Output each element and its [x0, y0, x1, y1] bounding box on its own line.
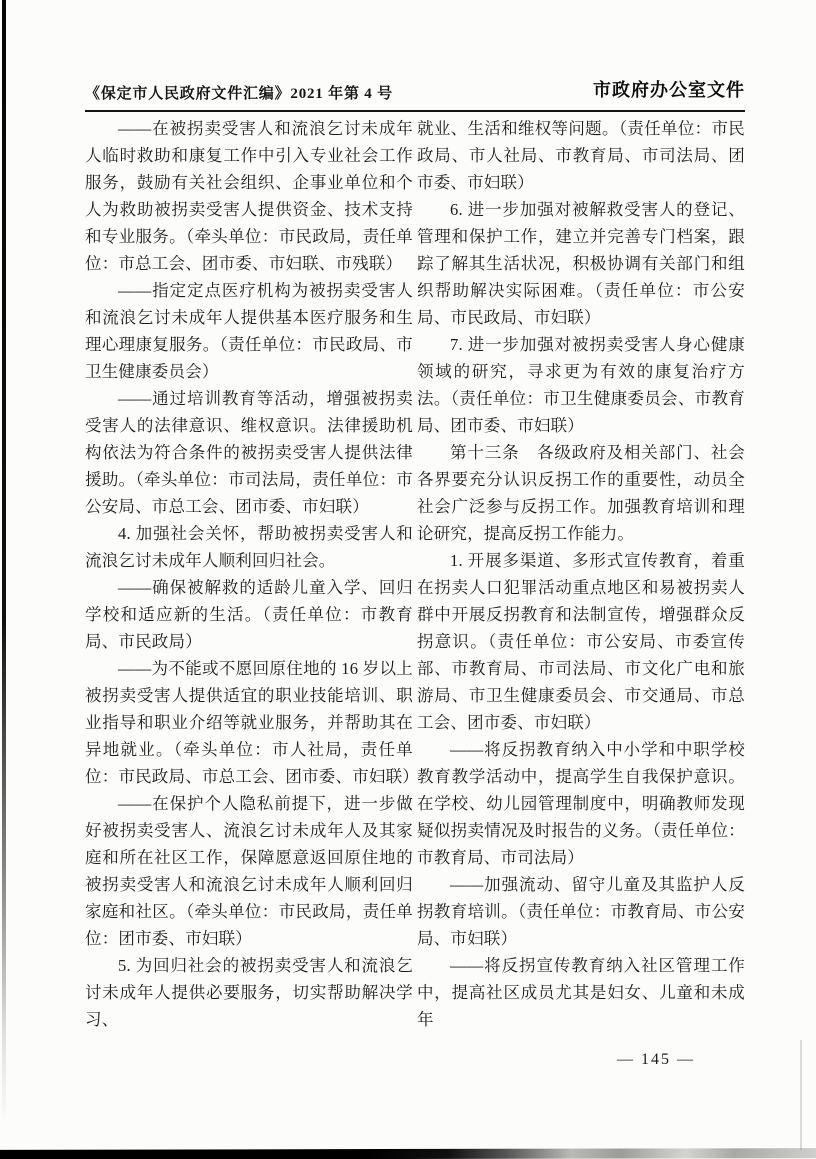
paragraph: ——在保护个人隐私前提下，进一步做好被拐卖受害人、流浪乞讨未成年人及其家庭和所在… [85, 790, 413, 952]
scan-edge-left-artifact [2, 0, 6, 1125]
paragraph: 4. 加强社会关怀，帮助被拐卖受害人和流浪乞讨未成年人顺利回归社会。 [85, 520, 413, 574]
paragraph: ——确保被解救的适龄儿童入学、回归学校和适应新的生活。（责任单位：市教育局、市民… [85, 574, 413, 655]
paragraph: 5. 为回归社会的被拐卖受害人和流浪乞讨未成年人提供必要服务，切实帮助解决学习、 [85, 952, 413, 1033]
paragraph: ——在被拐卖受害人和流浪乞讨未成年人临时救助和康复工作中引入专业社会工作服务，鼓… [85, 115, 413, 277]
scan-edge-bottom-artifact [0, 1148, 816, 1159]
paragraph: ——将反拐宣传教育纳入社区管理工作中，提高社区成员尤其是妇女、儿童和未成年 [417, 952, 745, 1033]
paragraph: 1. 开展多渠道、多形式宣传教育，着重在拐卖人口犯罪活动重点地区和易被拐卖人群中… [417, 547, 745, 736]
header-left-title: 《保定市人民政府文件汇编》2021 年第 4 号 [85, 82, 393, 103]
document-page: 《保定市人民政府文件汇编》2021 年第 4 号 市政府办公室文件 ——在被拐卖… [0, 0, 816, 1159]
paragraph: ——将反拐教育纳入中小学和中职学校教育教学活动中，提高学生自我保护意识。在学校、… [417, 736, 745, 871]
left-column: ——在被拐卖受害人和流浪乞讨未成年人临时救助和康复工作中引入专业社会工作服务，鼓… [85, 115, 413, 1033]
right-column: 就业、生活和维权等问题。（责任单位：市民政局、市人社局、市教育局、市司法局、团市… [417, 115, 745, 1033]
paragraph-continuation: 就业、生活和维权等问题。（责任单位：市民政局、市人社局、市教育局、市司法局、团市… [417, 115, 745, 196]
paragraph: 第十三条 各级政府及相关部门、社会各界要充分认识反拐工作的重要性，动员全社会广泛… [417, 439, 745, 547]
paragraph: 7. 进一步加强对被拐卖受害人身心健康领域的研究，寻求更为有效的康复治疗方法。（… [417, 331, 745, 439]
paragraph: ——通过培训教育等活动，增强被拐卖受害人的法律意识、维权意识。法律援助机构依法为… [85, 385, 413, 520]
paragraph: 6. 进一步加强对被解救受害人的登记、管理和保护工作，建立并完善专门档案，跟踪了… [417, 196, 745, 331]
paragraph: ——加强流动、留守儿童及其监护人反拐教育培训。（责任单位：市教育局、市公安局、市… [417, 871, 745, 952]
paragraph: ——为不能或不愿回原住地的 16 岁以上被拐卖受害人提供适宜的职业技能培训、职业… [85, 655, 413, 790]
paragraph: ——指定定点医疗机构为被拐卖受害人和流浪乞讨未成年人提供基本医疗服务和生理心理康… [85, 277, 413, 385]
page-header: 《保定市人民政府文件汇编》2021 年第 4 号 市政府办公室文件 [85, 76, 745, 112]
page-number: — 145 — [556, 1051, 756, 1069]
scan-edge-right-artifact [800, 1040, 802, 1150]
header-right-title: 市政府办公室文件 [593, 76, 745, 103]
